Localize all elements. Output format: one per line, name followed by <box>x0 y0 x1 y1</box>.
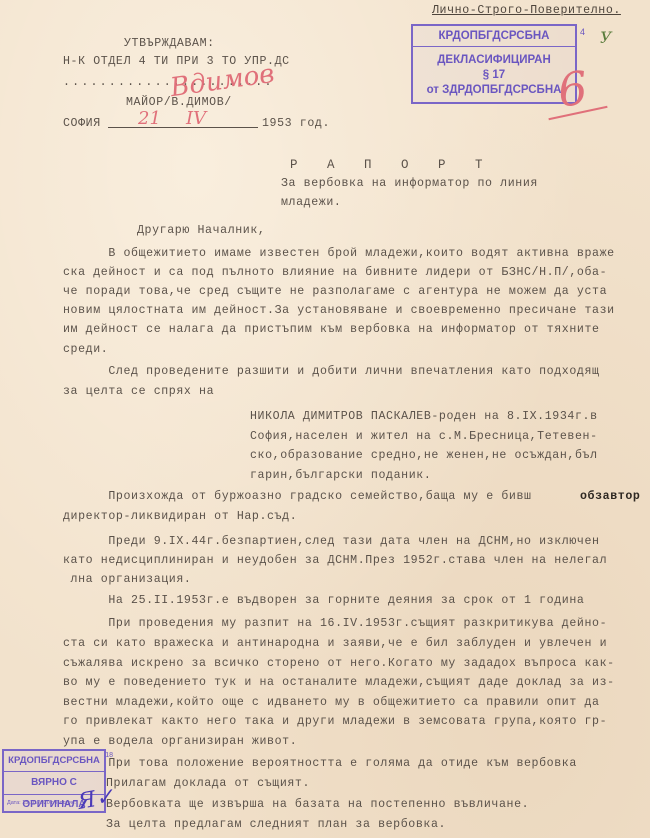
salutation: Другарю Началник, <box>137 224 265 238</box>
approval-year: 1953 год. <box>262 117 330 131</box>
document-subtitle-1: За вербовка на информатор по линия <box>281 177 538 191</box>
stamp-body: ДЕКЛАСИФИЦИРАН § 17 от ЗДРДОПБГДСРСБНА <box>413 47 575 102</box>
stamp-org: КРДОПБГДСРСБНА <box>8 755 100 766</box>
body-line: среди. <box>63 343 108 357</box>
body-line: новим цялостната им дейност.За установяв… <box>63 304 615 318</box>
body-line: При това положение вероятността е голяма… <box>63 757 577 771</box>
body-line: го привлекат както него така и други мла… <box>63 715 607 729</box>
body-line: При проведения му разпит на 16.IV.1953г.… <box>63 617 607 631</box>
stamp-line-2: § 17 <box>413 68 575 83</box>
body-line: вестни младежи,който още с идването му в… <box>63 696 600 710</box>
overstruck-word: обзавтор <box>580 490 640 504</box>
green-mark: У <box>600 28 612 47</box>
stamp-line-3: от ЗДРДОПБГДСРСБНА <box>413 83 575 98</box>
approval-place: СОФИЯ <box>63 117 101 131</box>
body-line: упа е водела организиран живот. <box>63 735 297 749</box>
body-line: че поради това,че сред същите не разпола… <box>63 285 607 299</box>
body-line: НИКОЛА ДИМИТРОВ ПАСКАЛЕВ-роден на 8.IX.1… <box>250 410 598 424</box>
body-line: В общежитието имаме известен брой младеж… <box>63 247 615 261</box>
body-line: След проведените разшити и добити лични … <box>63 365 600 379</box>
document-title: Р А П О Р Т <box>290 158 494 172</box>
body-line: во му е поведението тук и на останалите … <box>63 676 615 690</box>
date-month: IV <box>186 108 206 129</box>
stamp-number: 4 <box>580 22 585 42</box>
body-line: за целта се спрях на <box>63 385 214 399</box>
body-line: Прилагам доклада от същият. <box>106 777 310 791</box>
body-line: София,населен и жител на с.М.Бресница,Те… <box>250 430 598 444</box>
approval-title: УТВЪРЖДАВАМ: <box>124 37 215 51</box>
body-line: Преди 9.IX.44г.безпартиен,след тази дата… <box>63 535 600 549</box>
page-number: 6 <box>555 61 590 118</box>
date-day: 21 <box>138 108 161 129</box>
stamp-line-1: ДЕКЛАСИФИЦИРАН <box>413 53 575 68</box>
body-line: директор-ликвидиран от Нар.съд. <box>63 510 297 524</box>
document-page: Лично-Строго-Поверително. УТВЪРЖДАВАМ: Н… <box>0 0 650 838</box>
date-underline <box>108 127 258 128</box>
body-line: За целта предлагам следният план за верб… <box>106 818 446 832</box>
body-line: гарин,български поданик. <box>250 469 431 483</box>
body-line: като недисциплиниран и неудобен за ДСНМ.… <box>63 554 607 568</box>
body-line: лна организация. <box>63 573 191 587</box>
declassified-stamp: КРДОПБГДСРСБНА 4 ДЕКЛАСИФИЦИРАН § 17 от … <box>411 24 577 104</box>
stamp-number: 18 <box>105 746 113 766</box>
stamp-org-row: КРДОПБГДСРСБНА 4 <box>413 26 575 47</box>
body-line: ско,образование средно,не женен,не осъжд… <box>250 449 598 463</box>
body-line: На 25.II.1953г.е въдворен за горните дея… <box>63 594 584 608</box>
classification-label: Лично-Строго-Поверително. <box>432 4 621 18</box>
body-line: Произхожда от буржоазно градско семейств… <box>63 490 532 504</box>
body-line: им дейност се налага да пристъпим към ве… <box>63 323 600 337</box>
stamp-org: КРДОПБГДСРСБНА <box>439 30 550 42</box>
body-line: ста си като вражеска и антинародна и зая… <box>63 637 607 651</box>
body-line: ска дейност и са под пълното влияние на … <box>63 266 607 280</box>
body-line: съжалява искрено за всичко сторено от не… <box>63 657 615 671</box>
body-line: Вербовката ще извърша на базата на посте… <box>106 798 529 812</box>
stamp-org-row: КРДОПБГДСРСБНА 18 <box>4 751 104 772</box>
document-subtitle-2: младежи. <box>281 196 341 210</box>
